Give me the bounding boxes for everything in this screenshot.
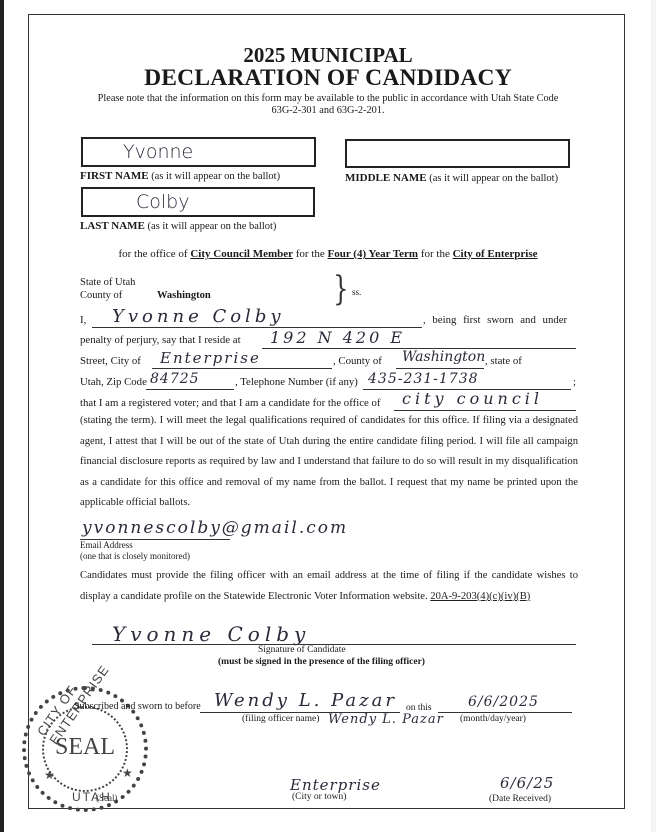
last-name-label: LAST NAME (as it will appear on the ball…: [80, 220, 276, 232]
oath-reside-text: penalty of perjury, say that I reside at: [80, 334, 241, 346]
middle-name-field[interactable]: [345, 139, 570, 168]
email-label: Email Address: [80, 540, 133, 550]
oath-county-label: , County of: [333, 355, 382, 367]
last-name-field[interactable]: Colby: [81, 187, 315, 217]
seal-star-right-icon: ★: [122, 766, 133, 781]
middle-name-hint: (as it will appear on the ballot): [429, 173, 558, 184]
first-name-field[interactable]: Yvonne: [81, 137, 316, 167]
office-term: Four (4) Year Term: [328, 248, 419, 260]
first-name-label-text: FIRST NAME: [80, 170, 149, 182]
officer-date-value[interactable]: 6/6/2025: [468, 694, 539, 710]
first-name-hint: (as it will appear on the ballot): [151, 171, 280, 182]
first-name-label: FIRST NAME (as it will appear on the bal…: [80, 170, 280, 182]
candidate-signature-value[interactable]: Yvonne Colby: [112, 622, 310, 646]
candidate-signature-hint: (must be signed in the presence of the f…: [218, 657, 425, 667]
oath-state-of: , state of: [485, 355, 522, 367]
oath-paragraph: (stating the term). I will meet the lega…: [80, 411, 578, 514]
middle-name-label: MIDDLE NAME (as it will appear on the ba…: [345, 172, 558, 184]
office-name: City Council Member: [190, 248, 293, 260]
public-notice-line1: Please note that the information on this…: [0, 93, 656, 105]
oath-semicolon: ;: [573, 376, 576, 388]
officer-city-label: (City or town): [292, 792, 346, 802]
oath-name-value[interactable]: Yvonne Colby: [112, 306, 285, 327]
office-line: for the office of City Council Member fo…: [0, 248, 656, 260]
last-name-value: Colby: [136, 191, 189, 213]
officer-name-label: (filing officer name): [242, 714, 319, 724]
officer-printed-name[interactable]: Wendy L. Pazar: [328, 712, 444, 727]
email-value[interactable]: yvonnescolby@gmail.com: [82, 518, 348, 538]
date-received-label: (Date Received): [489, 794, 551, 804]
oath-zip-line: [146, 389, 234, 390]
oath-county-value[interactable]: Washington: [402, 349, 485, 365]
oath-phone-label: , Telephone Number (if any): [235, 376, 358, 388]
sworn-before-label: Subscribed and sworn to before: [74, 701, 201, 712]
officer-signature-value[interactable]: Wendy L. Pazar: [214, 690, 397, 711]
oath-city-value[interactable]: Enterprise: [160, 349, 261, 367]
public-notice: Please note that the information on this…: [0, 93, 656, 117]
oath-voter-text: that I am a registered voter; and that I…: [80, 397, 380, 409]
officer-date-line: [438, 712, 572, 713]
email-citation-link[interactable]: 20A-9-203(4)(c)(iv)(B): [430, 591, 530, 602]
officer-date-label: (month/day/year): [460, 714, 526, 724]
oath-city-line: [152, 368, 332, 369]
email-notice: Candidates must provide the filing offic…: [80, 565, 578, 607]
scan-edge-left: [0, 0, 4, 832]
oath-zip-label: Utah, Zip Code: [80, 376, 147, 388]
venue-ss: ss.: [352, 287, 361, 297]
oath-address-value[interactable]: 192 N 420 E: [270, 328, 405, 347]
office-mid2: for the: [421, 248, 450, 260]
scan-edge-right: [651, 0, 656, 832]
oath-phone-value[interactable]: 435-231-1738: [368, 371, 479, 387]
date-received-value[interactable]: 6/6/25: [500, 774, 554, 792]
office-prefix: for the office of: [118, 248, 187, 260]
venue-county-value: Washington: [157, 290, 211, 301]
office-mid: for the: [296, 248, 325, 260]
seal-star-left-icon: ★: [44, 768, 55, 783]
venue-state: State of Utah: [80, 277, 135, 288]
venue-county-label: County of: [80, 290, 122, 301]
candidate-signature-label: Signature of Candidate: [258, 645, 346, 655]
oath-office-value[interactable]: city council: [402, 389, 543, 408]
email-hint: (one that is closely monitored): [80, 551, 190, 561]
last-name-hint: (as it will appear on the ballot): [148, 221, 277, 232]
brace-icon: }: [333, 272, 348, 306]
oath-i: I,: [80, 314, 86, 326]
oath-street-city-label: Street, City of: [80, 355, 141, 367]
oath-zip-value[interactable]: 84725: [150, 371, 200, 387]
public-notice-line2: 63G-2-301 and 63G-2-201.: [0, 105, 656, 117]
office-jurisdiction: City of Enterprise: [453, 248, 538, 260]
last-name-label-text: LAST NAME: [80, 220, 145, 232]
oath-county-line: [396, 368, 484, 369]
first-name-value: Yvonne: [123, 141, 193, 163]
form-title: DECLARATION OF CANDIDACY: [0, 65, 656, 92]
oath-sworn-text: , being first sworn and under: [423, 314, 567, 326]
middle-name-label-text: MIDDLE NAME: [345, 172, 427, 184]
seal-label: (Seal): [96, 793, 118, 803]
